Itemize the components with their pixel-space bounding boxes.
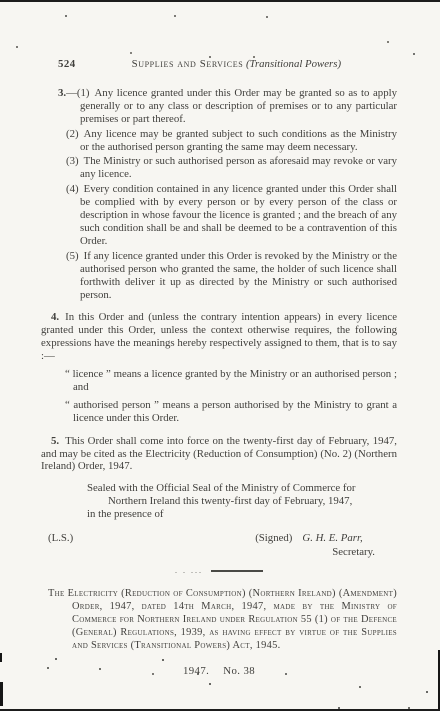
article-5-number: 5. [51, 435, 59, 447]
paragraph-4-text: In this Order and (unless the contrary i… [41, 311, 397, 362]
paragraph-5-text: This Order shall come into force on the … [41, 435, 397, 473]
definition-authorised-person: “ authorised person ” means a person aut… [41, 399, 397, 425]
subparagraph-5-label: (5) [66, 250, 79, 262]
running-title-qualifier: (Transitional Powers) [246, 58, 341, 70]
subparagraph-2-label: (2) [66, 128, 79, 140]
paragraph-3-3: (3)The Ministry or such authorised perso… [41, 155, 397, 181]
sealing-clause: Sealed with the Official Seal of the Min… [41, 482, 397, 521]
subparagraph-1-label: —(1) [66, 87, 89, 99]
paragraph-3-1: 3.—(1)Any licence granted under this Ord… [41, 87, 397, 126]
paragraph-5: 5.This Order shall come into force on th… [41, 435, 397, 474]
paragraph-3-5-text: If any licence granted under this Order … [80, 250, 397, 301]
paragraph-3-3-text: The Ministry or such authorised person a… [80, 155, 397, 180]
paragraph-4: 4.In this Order and (unless the contrary… [41, 311, 397, 363]
definition-licence: “ licence ” means a licence granted by t… [41, 368, 397, 394]
sealing-line-2: Northern Ireland this twenty-first day o… [108, 495, 397, 508]
article-3-number: 3. [58, 87, 66, 99]
scan-edge-mark [0, 682, 3, 706]
signature-row: (L.S.) (Signed)G. H. E. Parr, [41, 532, 397, 545]
order-headnote: The Electricity (Reduction of Consumptio… [48, 587, 397, 652]
citation-number: No. 38 [223, 665, 255, 677]
running-header: 524 Supplies and Services (Transitional … [41, 58, 397, 71]
sealing-line-1: Sealed with the Official Seal of the Min… [87, 482, 397, 495]
paragraph-3-2-text: Any licence may be granted subject to su… [80, 128, 397, 153]
locus-sigilli: (L.S.) [48, 532, 73, 545]
subparagraph-3-label: (3) [66, 155, 79, 167]
running-title-main: Supplies and Services [132, 58, 244, 70]
scan-noise-specks [65, 15, 67, 17]
signed-label: (Signed) [255, 532, 292, 544]
signatory-title: Secretary. [41, 546, 375, 559]
paragraph-3-4-text: Every condition contained in any licence… [80, 183, 397, 247]
page-number: 524 [58, 58, 76, 71]
paragraph-3-1-text: Any licence granted under this Order may… [80, 87, 397, 125]
scan-edge-mark [0, 653, 2, 662]
paragraph-3-4: (4)Every condition contained in any lice… [41, 183, 397, 248]
section-divider: . . ... [41, 565, 397, 578]
page-content: 524 Supplies and Services (Transitional … [41, 58, 397, 678]
signatory-name: G. H. E. Parr, [302, 532, 362, 544]
running-title: Supplies and Services (Transitional Powe… [76, 58, 397, 71]
signature-group: (Signed)G. H. E. Parr, [255, 532, 362, 545]
article-4-number: 4. [51, 311, 59, 323]
sealing-line-3: in the presence of [87, 508, 397, 521]
divider-rule [211, 570, 263, 572]
paragraph-3-5: (5)If any licence granted under this Ord… [41, 250, 397, 302]
scanned-document-page: 524 Supplies and Services (Transitional … [0, 0, 440, 711]
citation-line: 1947.No. 38 [41, 665, 397, 678]
scan-dot-artifacts: . . ... [175, 565, 203, 578]
paragraph-3-2: (2)Any licence may be granted subject to… [41, 128, 397, 154]
subparagraph-4-label: (4) [66, 183, 79, 195]
citation-year: 1947. [183, 665, 209, 677]
